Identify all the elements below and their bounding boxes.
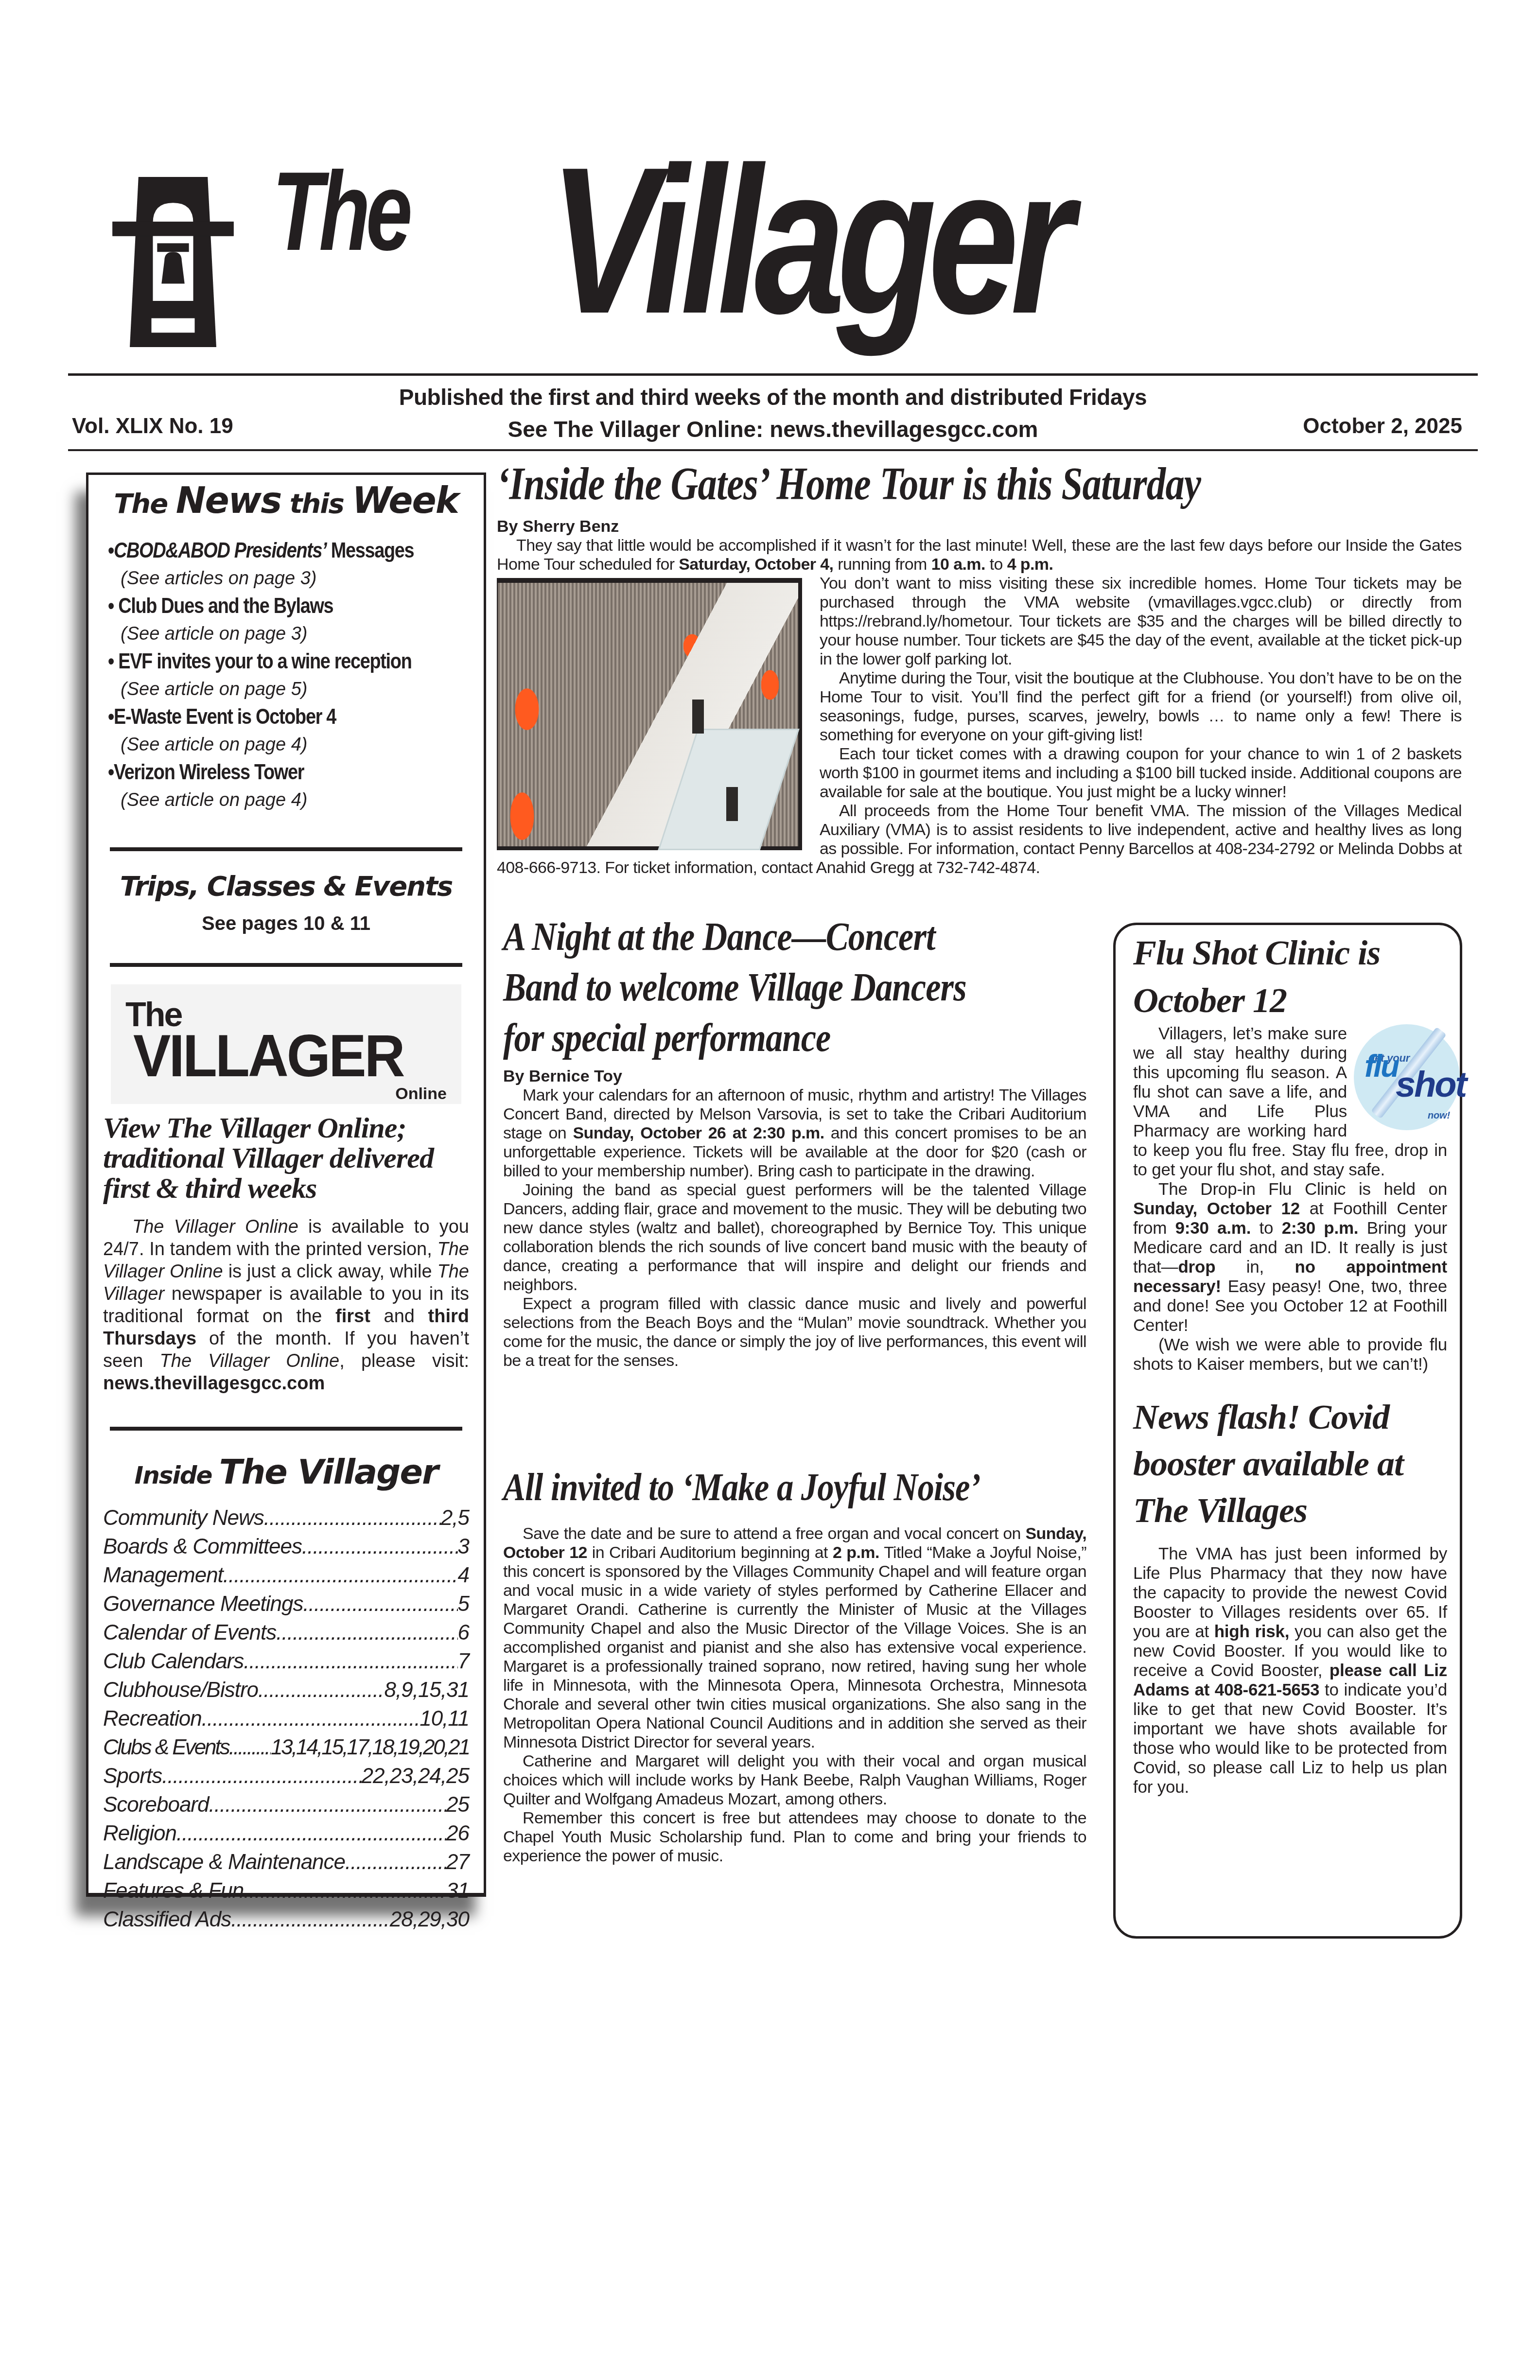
toc-row[interactable]: Sports22,23,24,25: [103, 1762, 469, 1790]
byline: By Sherry Benz: [497, 517, 1462, 536]
toc-row[interactable]: Recreation10,11: [103, 1704, 469, 1733]
toc-row[interactable]: Boards & Committees3: [103, 1532, 469, 1561]
article-body: Save the date and be sure to attend a fr…: [503, 1524, 1086, 1866]
masthead-title: Villager: [549, 136, 1066, 345]
toc-row[interactable]: Landscape & Maintenance27: [103, 1848, 469, 1876]
masthead: The Villager: [68, 156, 1478, 369]
inside-villager-title: Inside The Villager: [103, 1452, 469, 1492]
toc-row[interactable]: Governance Meetings5: [103, 1590, 469, 1618]
toc-row[interactable]: Club Calendars7: [103, 1647, 469, 1676]
publication-note: Published the first and third weeks of t…: [68, 384, 1478, 410]
flu-covid-box: Flu Shot Clinic is October 12 get your f…: [1113, 923, 1462, 1939]
article-joyful-noise: All invited to ‘Make a Joyful Noise’ Sav…: [503, 1463, 1086, 1866]
online-link[interactable]: See The Villager Online: news.thevillage…: [68, 416, 1478, 442]
patio-furniture-photo: [497, 578, 802, 850]
news-item-ref: (See articles on page 3): [121, 565, 469, 592]
bell-tower-logo-icon: [106, 174, 240, 347]
masthead-rule-top: [68, 373, 1478, 376]
bullet-icon: •: [108, 649, 114, 673]
view-online-body: The Villager Online is available to you …: [103, 1216, 469, 1395]
trips-title: Trips, Classes & Events: [103, 871, 469, 902]
news-item-ref: (See article on page 4): [121, 787, 469, 813]
divider: [110, 847, 462, 851]
bullet-icon: •: [108, 705, 114, 729]
view-online-title: View The Villager Online; traditional Vi…: [103, 1113, 469, 1203]
divider: [110, 1427, 462, 1431]
masthead-the: The: [272, 156, 408, 267]
toc-row[interactable]: Classified Ads28,29,30: [103, 1905, 469, 1934]
news-list: •CBOD&ABOD Presidents’ Messages (See art…: [103, 536, 469, 813]
online-url-link[interactable]: news.thevillagesgcc.com: [103, 1373, 325, 1394]
news-item-ref: (See article on page 3): [121, 621, 469, 647]
news-item-ref: (See article on page 5): [121, 676, 469, 702]
flu-headline[interactable]: Flu Shot Clinic is October 12: [1133, 929, 1447, 1024]
flu-shot-syringe-icon: get your flu shot now!: [1354, 1024, 1460, 1130]
toc-row[interactable]: Management4: [103, 1561, 469, 1590]
news-this-week-title: The News this Week: [103, 480, 469, 522]
article-home-tour: ‘Inside the Gates’ Home Tour is this Sat…: [497, 457, 1462, 877]
trips-pages: See pages 10 & 11: [103, 913, 469, 935]
news-item[interactable]: •CBOD&ABOD Presidents’ Messages: [108, 536, 419, 565]
covid-headline[interactable]: News flash! Covid booster available at T…: [1133, 1394, 1447, 1534]
flu-body: get your flu shot now! Villagers, let’s …: [1133, 1024, 1447, 1374]
issue-date: October 2, 2025: [1303, 414, 1462, 438]
article-body: They say that little would be accomplish…: [497, 536, 1462, 877]
bullet-icon: •: [108, 594, 114, 618]
byline: By Bernice Toy: [503, 1067, 1086, 1086]
divider: [110, 963, 462, 967]
toc-row[interactable]: Community News2,5: [103, 1504, 469, 1532]
bullet-icon: •: [108, 539, 114, 562]
villager-online-logo: The VILLAGER Online: [111, 984, 461, 1104]
headline[interactable]: A Night at the Dance—Concert Band to wel…: [503, 911, 1005, 1063]
news-item[interactable]: • Club Dues and the Bylaws: [108, 592, 419, 621]
news-item[interactable]: •E-Waste Event is October 4: [108, 702, 419, 732]
toc-row[interactable]: Features & Fun31: [103, 1876, 469, 1905]
left-sidebar-box: The News this Week •CBOD&ABOD Presidents…: [86, 472, 486, 1897]
masthead-rule-bottom: [68, 449, 1478, 451]
toc-row[interactable]: Clubs & Events13,14,15,17,18,19,20,21: [103, 1733, 469, 1762]
article-concert-dance: A Night at the Dance—Concert Band to wel…: [503, 911, 1086, 1370]
toc-row[interactable]: Scoreboard25: [103, 1790, 469, 1819]
headline[interactable]: All invited to ‘Make a Joyful Noise’: [503, 1463, 1005, 1512]
bullet-icon: •: [108, 760, 114, 784]
table-of-contents: Community News2,5 Boards & Committees3 M…: [103, 1504, 469, 1934]
covid-body: The VMA has just been informed by Life P…: [1133, 1544, 1447, 1797]
news-item-ref: (See article on page 4): [121, 732, 469, 758]
toc-row[interactable]: Clubhouse/Bistro8,9,15,31: [103, 1676, 469, 1704]
article-body: Mark your calendars for an afternoon of …: [503, 1086, 1086, 1370]
news-item[interactable]: •Verizon Wireless Tower: [108, 758, 419, 787]
toc-row[interactable]: Religion26: [103, 1819, 469, 1848]
toc-row[interactable]: Calendar of Events6: [103, 1618, 469, 1647]
news-item[interactable]: • EVF invites your to a wine reception: [108, 647, 419, 676]
headline[interactable]: ‘Inside the Gates’ Home Tour is this Sat…: [497, 457, 1288, 510]
